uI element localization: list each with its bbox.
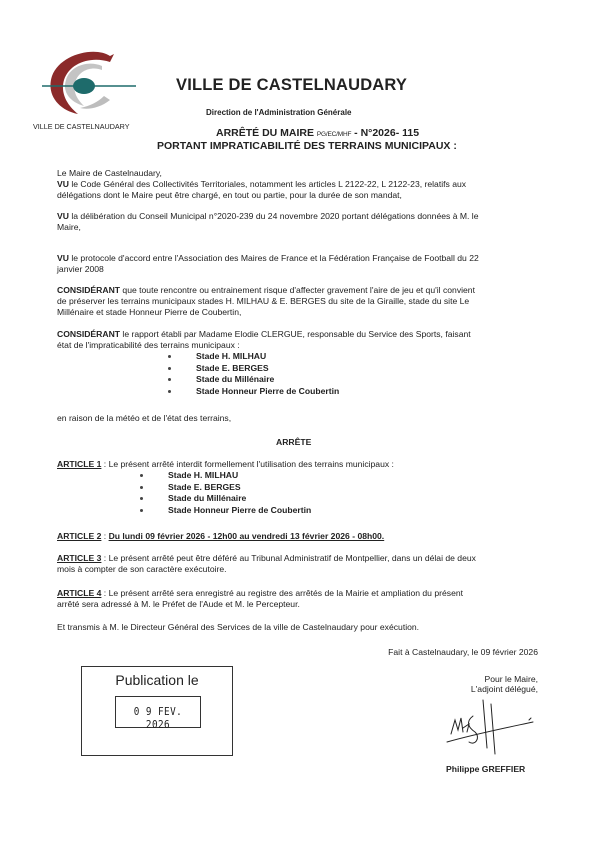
vu-protocole-line2: janvier 2008 [57, 264, 104, 275]
logo-caption: VILLE DE CASTELNAUDARY [33, 122, 130, 131]
article1-stadium-list: Stade H. MILHAU Stade E. BERGES Stade du… [168, 470, 311, 516]
transmission-line: Et transmis à M. le Directeur Général de… [57, 622, 419, 633]
bullet-icon [140, 474, 143, 477]
arrete-heading: ARRÊTE [276, 437, 311, 448]
arrete-title: ARRÊTÉ DU MAIRE PG/EC/MHF - N°2026- 115 [216, 127, 419, 139]
list-item: Stade Honneur Pierre de Coubertin [168, 505, 311, 517]
vu-deliberation-line1: VU la délibération du Conseil Municipal … [57, 211, 478, 222]
arrete-subtitle: PORTANT IMPRATICABILITÉ DES TERRAINS MUN… [157, 140, 457, 152]
list-item: Stade du Millénaire [196, 374, 339, 386]
intro-line: Le Maire de Castelnaudary, [57, 168, 162, 179]
bullet-icon [140, 509, 143, 512]
bullet-icon [168, 378, 171, 381]
list-item: Stade E. BERGES [196, 363, 339, 375]
list-item: Stade Honneur Pierre de Coubertin [196, 386, 339, 398]
bullet-icon [168, 390, 171, 393]
list-item: Stade E. BERGES [168, 482, 311, 494]
considerant1-line1: CONSIDÉRANT que toute rencontre ou entra… [57, 285, 475, 296]
signature-icon [445, 698, 540, 760]
signatory-name: Philippe GREFFIER [446, 764, 525, 775]
list-item: Stade H. MILHAU [196, 351, 339, 363]
publication-label: Publication le [82, 672, 232, 688]
reason-line: en raison de la météo et de l'état des t… [57, 413, 231, 424]
vu-deliberation-line2: Maire, [57, 222, 81, 233]
article1-line: ARTICLE 1 : Le présent arrêté interdit f… [57, 459, 394, 470]
considerant1-line2: de préserver les terrains municipaux sta… [57, 296, 469, 307]
article2-line: ARTICLE 2 : Du lundi 09 février 2026 - 1… [57, 531, 384, 542]
article4-line2: arrêté sera adressé à M. le Préfet de l'… [57, 599, 300, 610]
publication-stamp: Publication le 0 9 FEV. 2026 [81, 666, 233, 756]
article4-line1: ARTICLE 4 : Le présent arrêté sera enreg… [57, 588, 463, 599]
preamble-stadium-list: Stade H. MILHAU Stade E. BERGES Stade du… [196, 351, 339, 397]
vu-code-line1: VU le Code Général des Collectivités Ter… [57, 179, 466, 190]
considerant1-line3: Millénaire et stade Honneur Pierre de Co… [57, 307, 241, 318]
city-logo-icon [40, 48, 140, 118]
article3-line2: mois à compter de son caractère exécutoi… [57, 564, 227, 575]
bullet-icon [168, 367, 171, 370]
vu-code-line2: délégations dont le Maire peut être char… [57, 190, 402, 201]
bullet-icon [168, 355, 171, 358]
considerant2-line1: CONSIDÉRANT le rapport établi par Madame… [57, 329, 471, 340]
place-date: Fait à Castelnaudary, le 09 février 2026 [388, 647, 538, 658]
arrete-reference: PG/EC/MHF [317, 131, 351, 138]
arrete-prefix: ARRÊTÉ DU MAIRE [216, 127, 317, 139]
bullet-icon [140, 486, 143, 489]
list-item: Stade du Millénaire [168, 493, 311, 505]
publication-date-box: 0 9 FEV. 2026 [115, 696, 201, 728]
deputy-label: L'adjoint délégué, [471, 684, 538, 695]
considerant2-line2: état de l'impraticabilité des terrains m… [57, 340, 240, 351]
article3-line1: ARTICLE 3 : Le présent arrêté peut être … [57, 553, 476, 564]
arrete-number: - N°2026- 115 [351, 127, 419, 139]
direction-label: Direction de l'Administration Générale [206, 108, 352, 117]
publication-date: 0 9 FEV. 2026 [122, 705, 193, 731]
bullet-icon [140, 497, 143, 500]
vu-protocole-line1: VU le protocole d'accord entre l'Associa… [57, 253, 479, 264]
list-item: Stade H. MILHAU [168, 470, 311, 482]
city-title: VILLE DE CASTELNAUDARY [176, 76, 407, 95]
